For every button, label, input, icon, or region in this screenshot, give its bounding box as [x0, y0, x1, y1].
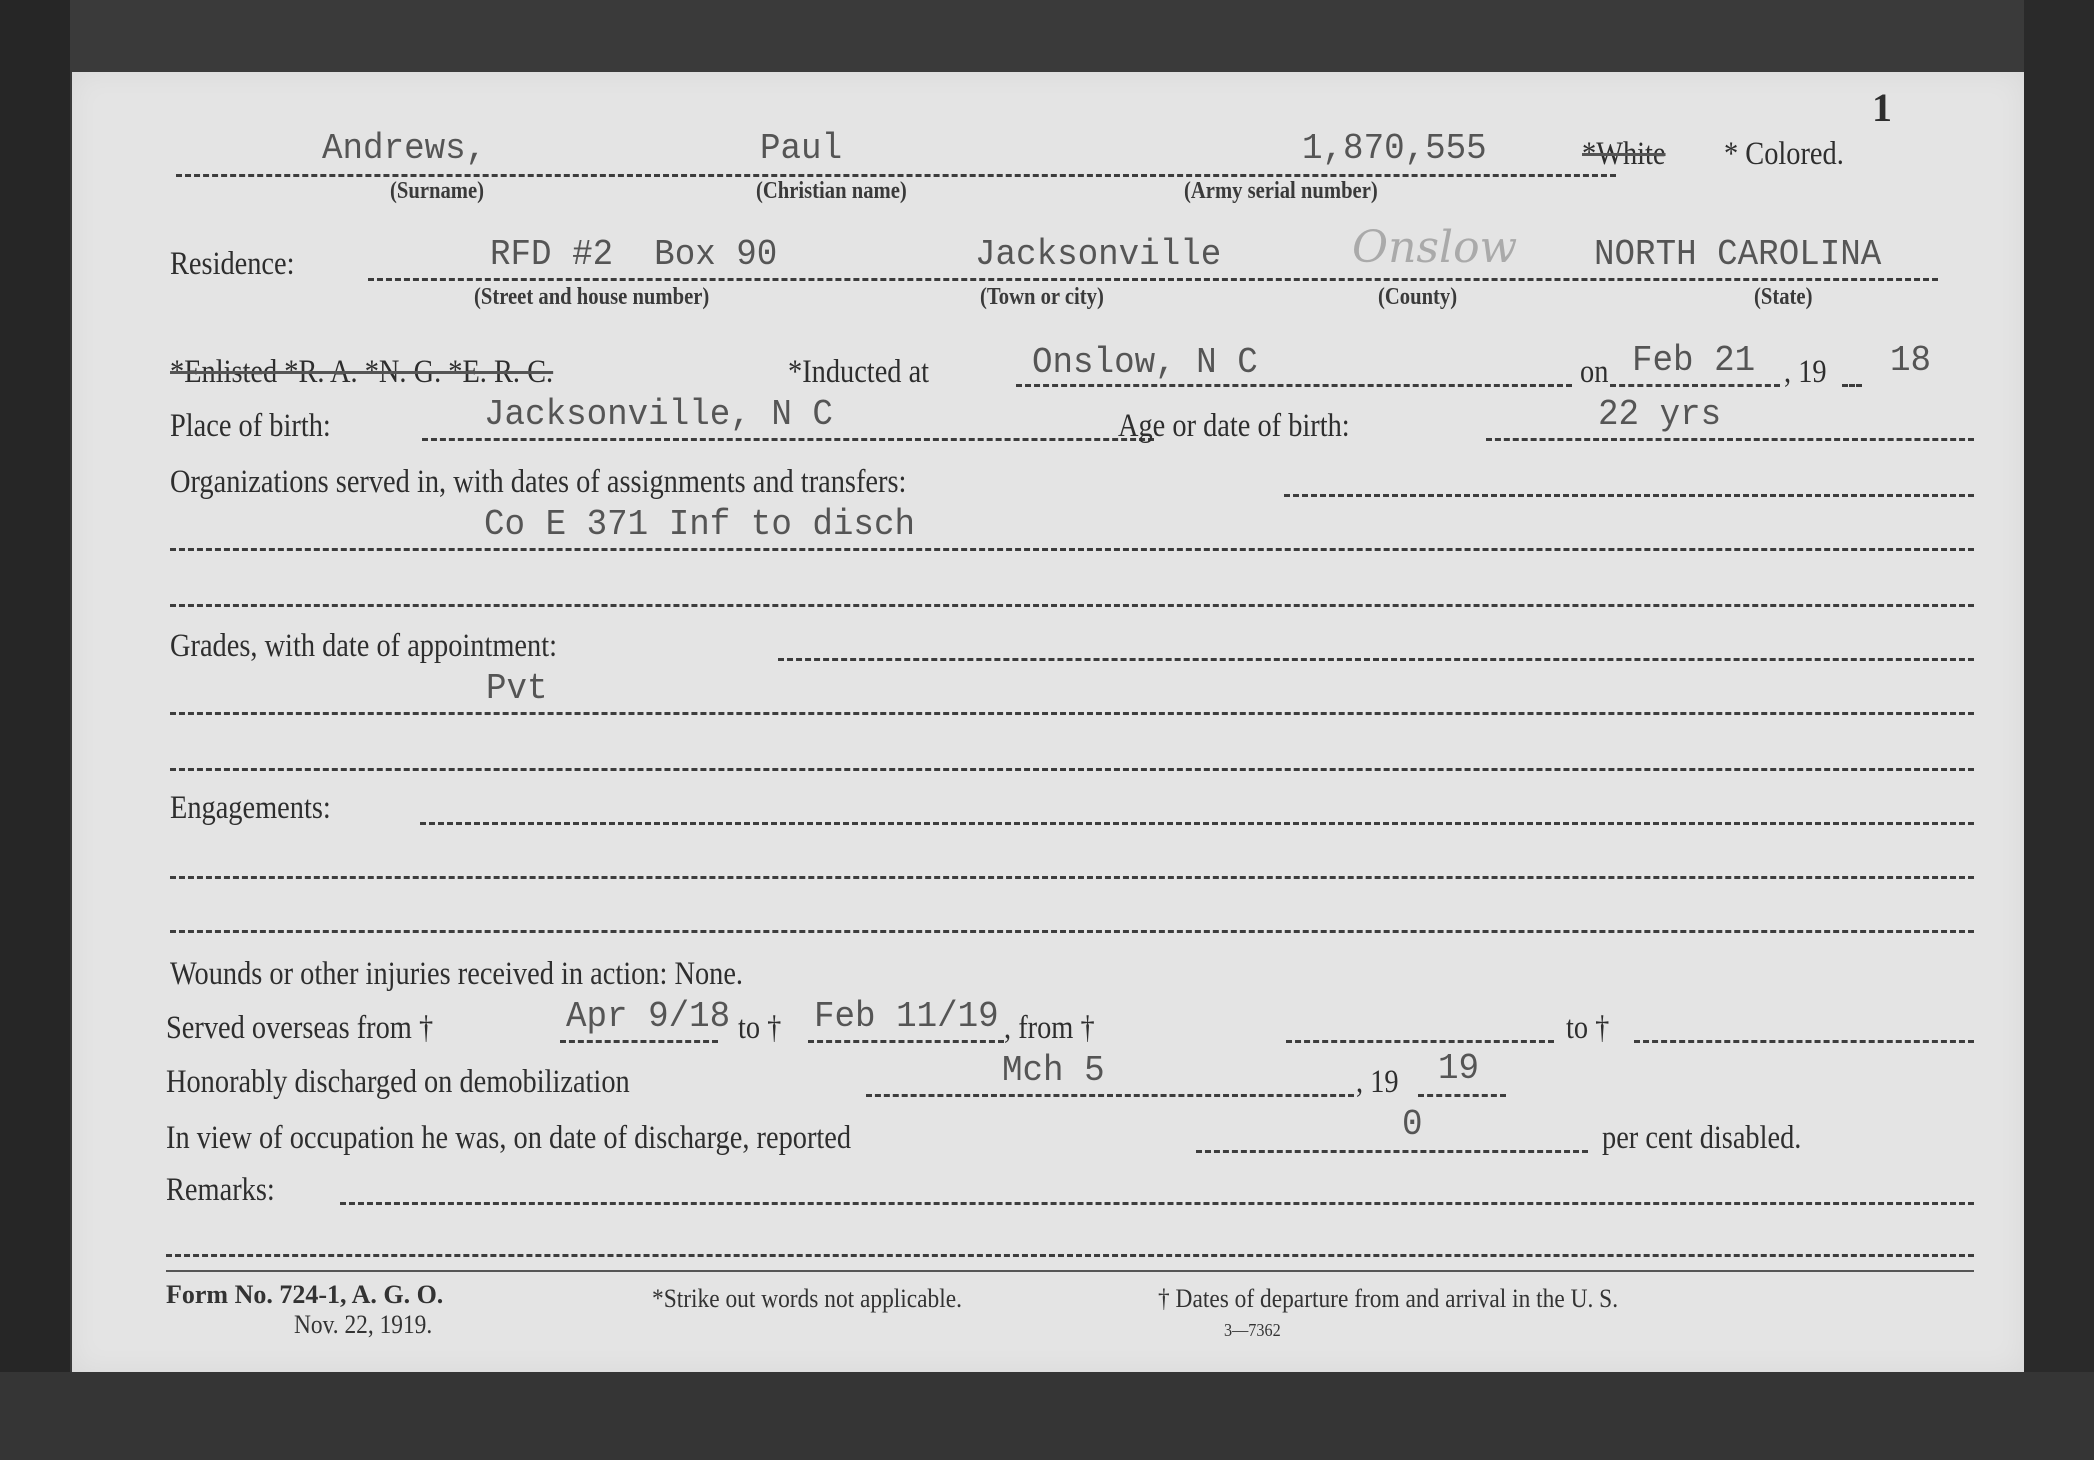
age-value: 22 yrs: [1598, 394, 1721, 435]
disability-label: In view of occupation he was, on date of…: [166, 1120, 851, 1157]
christian-name-value: Paul: [760, 128, 842, 169]
name-line: [176, 174, 1616, 177]
induction-year-prefix: , 19: [1784, 354, 1827, 391]
surname-value: Andrews,: [322, 128, 486, 169]
surname-label: (Surname): [390, 178, 484, 205]
place-of-birth-line: [422, 438, 1154, 441]
place-of-birth-label: Place of birth:: [170, 408, 331, 445]
residence-label: Residence:: [170, 246, 295, 283]
scan-background-left: [0, 0, 70, 1460]
overseas-from-value: Apr 9/18: [566, 996, 730, 1037]
county-label: (County): [1378, 284, 1457, 311]
inducted-at-label: *Inducted at: [788, 354, 929, 391]
discharge-date-value: Mch 5: [1002, 1050, 1105, 1091]
christian-name-label: (Christian name): [756, 178, 907, 205]
overseas-to-label: to †: [738, 1010, 781, 1047]
state-label: (State): [1754, 284, 1812, 311]
overseas-to-value: Feb 11/19: [814, 996, 999, 1037]
county-handwritten-value: Onslow: [1352, 222, 1517, 273]
organizations-line-3: [170, 604, 1974, 607]
inducted-at-line: [1016, 384, 1572, 387]
overseas-to2-label: to †: [1566, 1010, 1609, 1047]
disability-suffix: per cent disabled.: [1602, 1120, 1801, 1157]
remarks-label: Remarks:: [166, 1172, 275, 1209]
street-value: RFD #2 Box 90: [490, 234, 777, 275]
inducted-at-value: Onslow, N C: [1032, 342, 1258, 383]
engagements-line-1: [420, 822, 1974, 825]
engagements-line-3: [170, 930, 1974, 933]
town-label: (Town or city): [980, 284, 1104, 311]
organizations-line-2: [170, 548, 1974, 551]
overseas-to-line: [808, 1040, 1004, 1043]
discharge-label: Honorably discharged on demobilization: [166, 1064, 630, 1101]
overseas-to2-line: [1634, 1040, 1974, 1043]
induction-year-line: [1842, 384, 1862, 387]
dates-note: † Dates of departure from and arrival in…: [1158, 1284, 1618, 1314]
race-colored: * Colored.: [1724, 136, 1844, 173]
overseas-from2-line: [1286, 1040, 1554, 1043]
state-value: NORTH CAROLINA: [1594, 234, 1881, 275]
grades-line-3: [170, 768, 1974, 771]
engagements-label: Engagements:: [170, 790, 331, 827]
overseas-from2-label: , from †: [1004, 1010, 1095, 1047]
discharge-year-value: 19: [1438, 1048, 1479, 1089]
wounds-label: Wounds or other injuries received in act…: [170, 956, 743, 993]
induction-date-value: Feb 21: [1632, 340, 1755, 381]
organizations-value: Co E 371 Inf to disch: [484, 504, 915, 545]
strike-out-note: *Strike out words not applicable.: [652, 1284, 962, 1314]
grades-value: Pvt: [486, 668, 548, 709]
scan-background-right: [2024, 0, 2094, 1460]
overseas-from-label: Served overseas from †: [166, 1010, 433, 1047]
discharge-year-prefix: , 19: [1356, 1064, 1399, 1101]
service-record-card: 1 Andrews, Paul 1,870,555 *White * Color…: [72, 72, 2024, 1372]
organizations-label: Organizations served in, with dates of a…: [170, 464, 906, 501]
organizations-line-1: [1284, 494, 1974, 497]
induction-year-value: 18: [1890, 340, 1931, 381]
disability-value: 0: [1402, 1104, 1423, 1145]
footer-rule: [166, 1270, 1974, 1272]
remarks-line-1: [340, 1202, 1974, 1205]
race-white-struck: *White: [1582, 136, 1666, 173]
grades-label: Grades, with date of appointment:: [170, 628, 557, 665]
print-code: 3—7362: [1224, 1320, 1281, 1341]
on-label: on: [1580, 354, 1608, 391]
induction-date-line: [1610, 384, 1780, 387]
discharge-year-line: [1418, 1094, 1506, 1097]
grades-line-2: [170, 712, 1974, 715]
scan-background-bottom: [0, 1372, 2094, 1460]
remarks-line-2: [166, 1254, 1974, 1257]
engagements-line-2: [170, 876, 1974, 879]
age-label: Age or date of birth:: [1118, 408, 1350, 445]
town-value: Jacksonville: [975, 234, 1221, 275]
serial-number-value: 1,870,555: [1302, 128, 1487, 169]
grades-line-1: [778, 658, 1974, 661]
form-date: Nov. 22, 1919.: [294, 1310, 432, 1340]
enlistment-options-struck: *Enlisted *R. A. *N. G. *E. R. C.: [170, 354, 553, 391]
page-number: 1: [1872, 84, 1892, 131]
place-of-birth-value: Jacksonville, N C: [484, 394, 833, 435]
form-number: Form No. 724-1, A. G. O.: [166, 1280, 443, 1310]
street-label: (Street and house number): [474, 284, 709, 311]
age-line: [1486, 438, 1974, 441]
residence-line: [368, 278, 1938, 281]
discharge-date-line: [866, 1094, 1354, 1097]
disability-line: [1196, 1150, 1588, 1153]
overseas-from-line: [560, 1040, 718, 1043]
serial-number-label: (Army serial number): [1184, 178, 1378, 205]
